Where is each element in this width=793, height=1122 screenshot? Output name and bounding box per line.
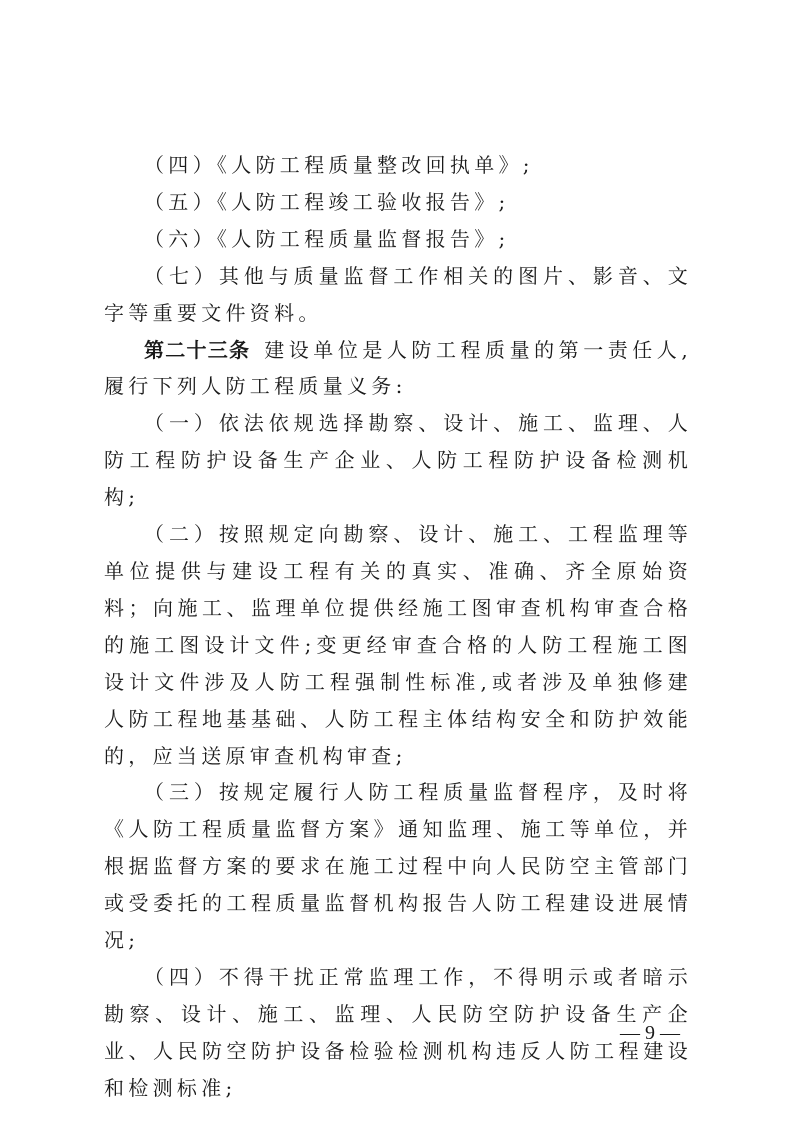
paragraph-item-4: （四）《人防工程质量整改回执单》; (104, 147, 692, 184)
article-title: 第二十三条 (144, 338, 250, 362)
document-page: （四）《人防工程质量整改回执单》; （五）《人防工程竣工验收报告》; （六）《人… (0, 0, 793, 1122)
paragraph-item-6: （六）《人防工程质量监督报告》; (104, 221, 692, 258)
duty-item-3: （三）按规定履行人防工程质量监督程序，及时将《人防工程质量监督方案》通知监理、施… (104, 774, 692, 959)
page-number: — 9 — (620, 1022, 680, 1045)
duty-item-2: （二）按照规定向勘察、设计、施工、工程监理等单位提供与建设工程有关的真实、准确、… (104, 516, 692, 774)
paragraph-item-7: （七）其他与质量监督工作相关的图片、影音、文字等重要文件资料。 (104, 258, 692, 332)
document-body: （四）《人防工程质量整改回执单》; （五）《人防工程竣工验收报告》; （六）《人… (104, 147, 692, 1107)
article-23: 第二十三条建设单位是人防工程质量的第一责任人,履行下列人防工程质量义务: (104, 332, 692, 406)
paragraph-item-5: （五）《人防工程竣工验收报告》; (104, 184, 692, 221)
duty-item-1: （一）依法依规选择勘察、设计、施工、监理、人防工程防护设备生产企业、人防工程防护… (104, 405, 692, 516)
duty-item-4: （四）不得干扰正常监理工作，不得明示或者暗示勘察、设计、施工、监理、人民防空防护… (104, 959, 692, 1107)
